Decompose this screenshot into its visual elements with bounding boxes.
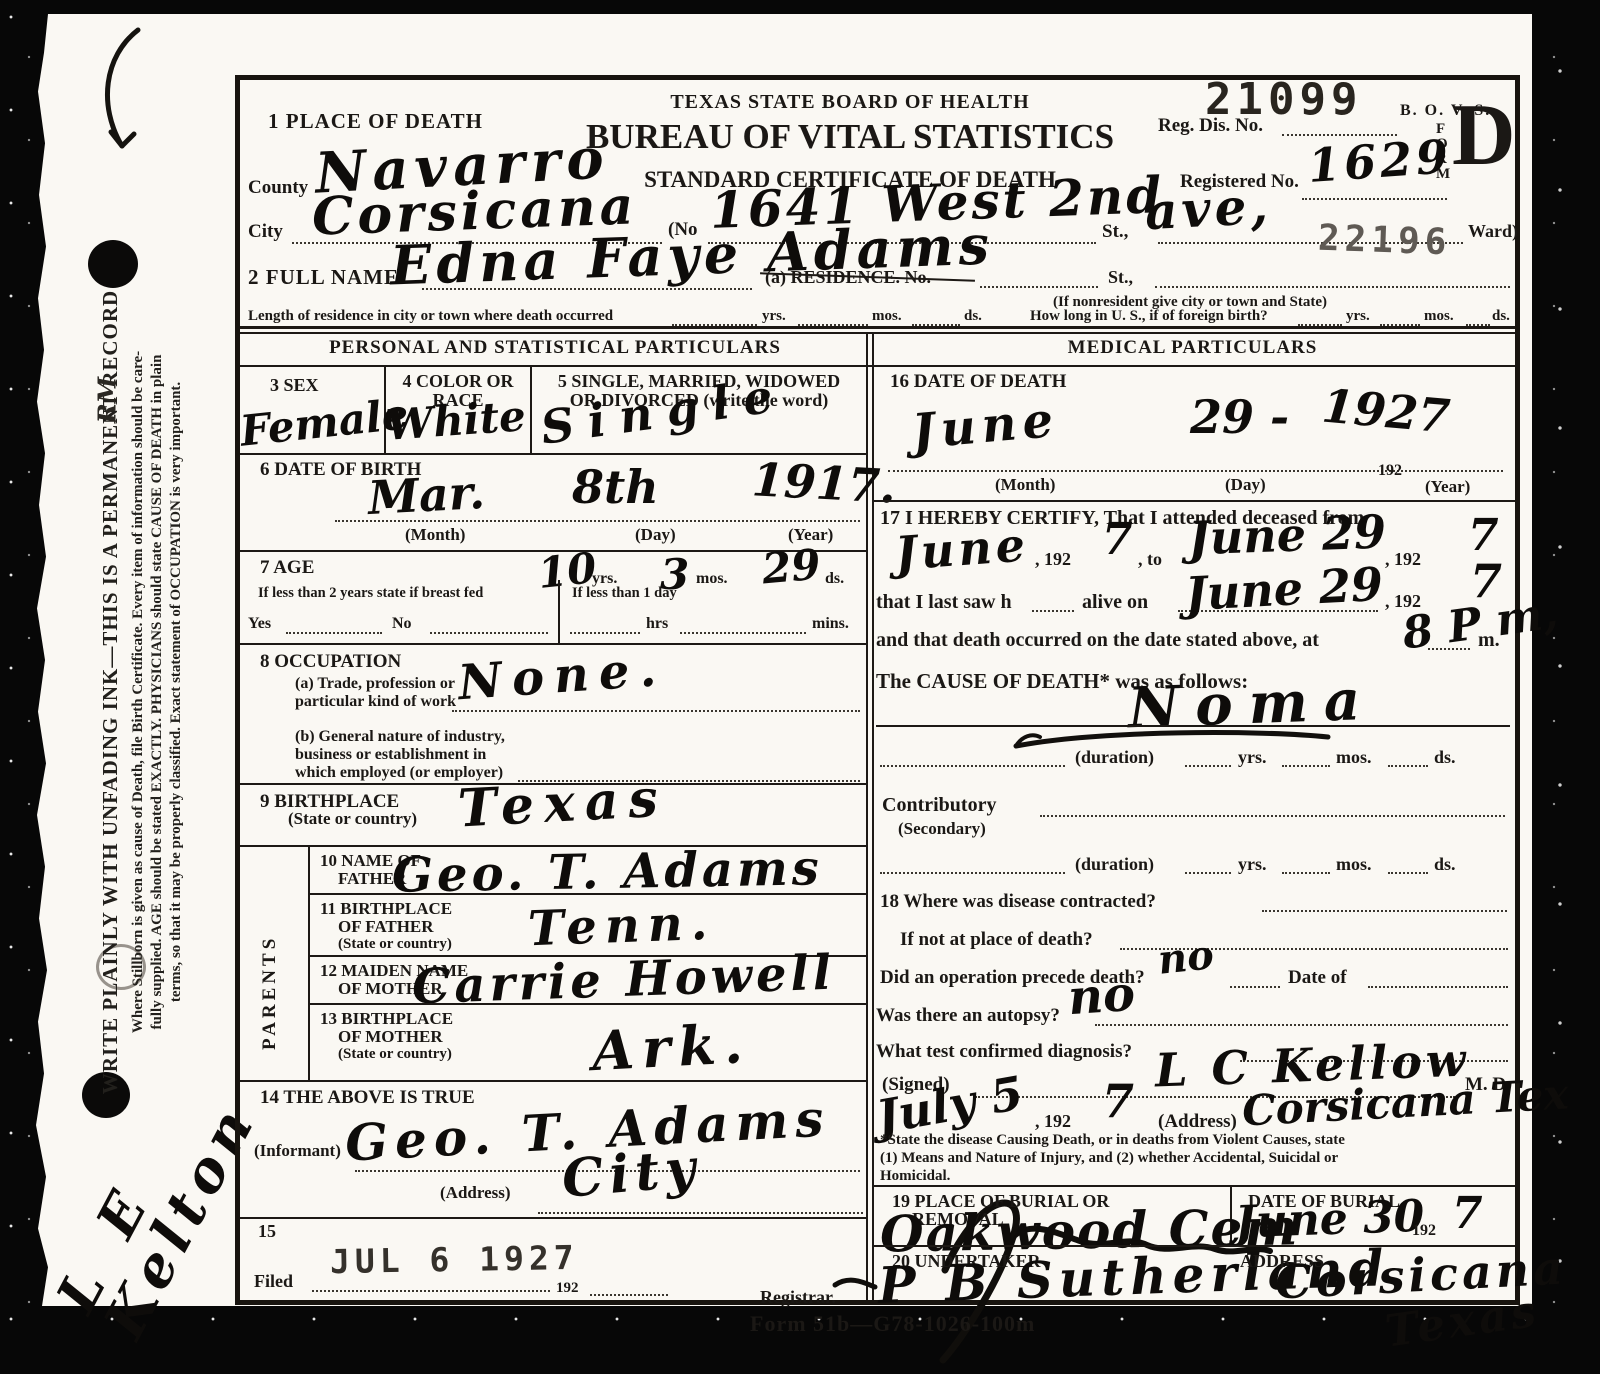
dotted-line	[880, 765, 1065, 767]
dotted-line	[422, 288, 752, 290]
parents-label: PARENTS	[260, 880, 281, 1050]
signed-year-print: , 192	[1035, 1112, 1071, 1131]
duration-caption: (duration)	[1075, 748, 1154, 767]
registered-no-value: 1629	[1307, 133, 1454, 189]
secondary-caption: (Secondary)	[898, 820, 986, 838]
dotted-line	[680, 632, 806, 634]
death-month-value: June	[910, 396, 1061, 457]
operation-value: no	[1156, 935, 1216, 981]
contributory-label: Contributory	[882, 795, 996, 817]
dotted-line	[1095, 1024, 1508, 1026]
burial-date-value: June 30	[1234, 1195, 1425, 1246]
death-year-caption: (Year)	[1425, 478, 1470, 496]
margin-annotation-rm: RM	[95, 377, 119, 424]
dotted-line	[430, 632, 548, 634]
father-birthplace-value: Tenn.	[527, 899, 716, 954]
personal-section-title: PERSONAL AND STATISTICAL PARTICULARS	[255, 338, 855, 359]
dotted-line	[1388, 872, 1428, 874]
reg-dis-no-label: Reg. Dis. No.	[1158, 116, 1263, 137]
dotted-line	[1282, 872, 1330, 874]
autopsy-value: no	[1066, 970, 1136, 1023]
disease-contracted-label: 18 Where was disease contracted?	[880, 892, 1156, 913]
filed-year-print: 192	[556, 1280, 579, 1296]
dotted-line	[452, 710, 860, 712]
dotted-line	[312, 1290, 550, 1292]
row-line	[308, 1003, 866, 1005]
to-label: , to	[1138, 550, 1162, 569]
birthplace-value: Texas	[457, 773, 669, 836]
father-birthplace-label-1: 11 BIRTHPLACE	[320, 900, 452, 918]
cell-divider	[530, 365, 532, 453]
scanned-document-page: WRITE PLAINLY WITH UNFADING INK—THIS IS …	[0, 0, 1600, 1374]
mother-birthplace-value: Ark.	[591, 1016, 752, 1078]
informant-address-value: City	[560, 1142, 703, 1206]
dotted-line	[1185, 872, 1231, 874]
dotted-line	[1302, 198, 1447, 200]
date-of-label: Date of	[1288, 968, 1347, 989]
dob-month-value: Mar.	[367, 469, 486, 521]
alive-on-label: alive on	[1082, 592, 1148, 614]
occupation-b-label-2: business or establishment in	[295, 746, 486, 763]
dotted-line	[1368, 986, 1508, 988]
signed-year-value: 7	[1102, 1078, 1134, 1124]
length-residence-label: Length of residence in city or town wher…	[248, 308, 613, 324]
row-line	[308, 893, 866, 895]
certificate-form: 1 PLACE OF DEATH TEXAS STATE BOARD OF HE…	[235, 75, 1520, 1305]
row-line	[240, 1217, 866, 1219]
death-time-value: 8 P m,	[1400, 591, 1561, 656]
death-year-print: 192	[1378, 462, 1402, 479]
dotted-line	[888, 470, 1503, 472]
death-day-value: 29 -	[1190, 394, 1289, 440]
from-year-print: , 192	[1035, 550, 1071, 569]
mos-label: mos.	[1424, 308, 1454, 324]
last-saw-value: June 29	[1184, 561, 1384, 617]
registrar-label: Registrar.	[760, 1288, 836, 1307]
age-cell-divider	[558, 580, 560, 643]
mother-name-value: Carrie Howell	[411, 949, 835, 1012]
margin-rule-line-1: WRITE PLAINLY WITH UNFADING INK—THIS IS …	[98, 102, 123, 1282]
row-line	[872, 1185, 1515, 1187]
row-line	[876, 725, 1510, 727]
date-of-death-label: 16 DATE OF DEATH	[890, 372, 1066, 393]
to-year-value: 7	[1468, 514, 1499, 558]
duration2-ds-label: ds.	[1434, 855, 1456, 874]
footnote-line-2: (1) Means and Nature of Injury, and (2) …	[880, 1150, 1338, 1166]
signed-address-caption: (Address)	[1158, 1112, 1237, 1133]
margin-rule-line-2: Where Stillborn is given as cause of Dea…	[129, 102, 148, 1282]
occupation-label: 8 OCCUPATION	[260, 652, 401, 673]
duration-ds-label: ds.	[1434, 748, 1456, 767]
last-saw-label: that I last saw h	[876, 592, 1012, 614]
street-label: St.,	[1102, 222, 1128, 243]
age-mos-label: mos.	[696, 570, 728, 587]
ds-label: ds.	[964, 308, 982, 324]
to-year-print: , 192	[1385, 550, 1421, 569]
duration2-yrs-label: yrs.	[1238, 855, 1267, 874]
father-name-value: Geo. T. Adams	[392, 844, 824, 900]
dotted-line	[1032, 610, 1074, 612]
ward-label: Ward)	[1468, 222, 1518, 241]
color-value: White	[385, 395, 527, 447]
filed-date-stamp: JUL 6 1927	[330, 1238, 579, 1281]
from-year-value: 7	[1102, 518, 1133, 562]
occupation-value: None.	[457, 645, 668, 707]
mother-birthplace-caption: (State or country)	[338, 1046, 452, 1062]
mother-birthplace-label-2: OF MOTHER	[338, 1028, 443, 1046]
occupation-a-label-1: (a) Trade, profession or	[295, 675, 455, 692]
death-occurred-label: and that death occurred on the date stat…	[876, 630, 1319, 652]
sex-label: 3 SEX	[270, 376, 319, 395]
row-line	[240, 643, 866, 645]
duration2-mos-label: mos.	[1336, 855, 1372, 874]
occupation-a-label-2: particular kind of work	[295, 693, 456, 710]
section-rule	[240, 365, 1515, 367]
father-birthplace-label-2: OF FATHER	[338, 918, 434, 936]
dotted-line	[1155, 286, 1510, 288]
ds-label: ds.	[1492, 308, 1510, 324]
informant-address-caption: (Address)	[440, 1184, 511, 1202]
test-confirmed-label: What test confirmed diagnosis?	[876, 1042, 1132, 1063]
mother-birthplace-label-1: 13 BIRTHPLACE	[320, 1010, 453, 1028]
burial-year-value: 7	[1452, 1192, 1483, 1236]
breastfed-label: If less than 2 years state if breast fed	[258, 586, 483, 602]
age-days-value: 29	[760, 544, 822, 591]
yrs-label: yrs.	[1346, 308, 1370, 324]
avenue-value: ave,	[1144, 181, 1273, 238]
attended-from-value: June	[894, 521, 1031, 576]
dotted-line	[1040, 815, 1505, 817]
dotted-line	[980, 286, 1098, 288]
board-title: TEXAS STATE BOARD OF HEALTH	[570, 92, 1130, 114]
dotted-line	[335, 520, 860, 522]
form-number: Form 51b—G78-1026-100m	[750, 1312, 1035, 1336]
dotted-line	[590, 1294, 668, 1296]
dotted-line	[1388, 765, 1428, 767]
county-label: County	[248, 178, 308, 199]
less-than-day-label: If less than 1 day	[572, 586, 677, 602]
dotted-line	[570, 632, 640, 634]
day-caption: (Day)	[635, 526, 676, 544]
age-label: 7 AGE	[260, 558, 314, 579]
how-long-label: How long in U. S., if of foreign birth?	[1030, 308, 1268, 324]
if-not-place-label: If not at place of death?	[900, 930, 1093, 951]
yes-label: Yes	[248, 615, 271, 632]
duration-yrs-label: yrs.	[1238, 748, 1267, 767]
age-ds-label: ds.	[825, 570, 844, 587]
footnote-line-3: Homicidal.	[880, 1168, 950, 1184]
form-letter-d: D	[1452, 88, 1516, 183]
dotted-line	[880, 872, 1065, 874]
dob-day-value: 8th	[572, 464, 659, 510]
city-label: City	[248, 222, 283, 243]
yrs-label: yrs.	[762, 308, 786, 324]
death-day-caption: (Day)	[1225, 476, 1266, 494]
parents-divider	[308, 845, 310, 1080]
bureau-title: BUREAU OF VITAL STATISTICS	[540, 118, 1160, 156]
burial-year-print: 192	[1412, 1222, 1436, 1239]
occupation-b-label-1: (b) General nature of industry,	[295, 728, 505, 745]
item-15-label: 15	[258, 1222, 276, 1241]
hrs-label: hrs	[646, 615, 668, 632]
mos-label: mos.	[872, 308, 902, 324]
residence-street-label: St.,	[1108, 268, 1133, 287]
dotted-line	[1262, 910, 1507, 912]
section-rule	[240, 326, 1515, 329]
month-caption: (Month)	[405, 526, 465, 544]
above-true-label: 14 THE ABOVE IS TRUE	[260, 1088, 475, 1109]
row-line	[240, 1080, 866, 1082]
autopsy-label: Was there an autopsy?	[876, 1006, 1060, 1027]
ward-number-stamp: 22196	[1317, 218, 1452, 264]
dotted-line	[1230, 986, 1280, 988]
duration2-caption: (duration)	[1075, 855, 1154, 874]
section-rule	[240, 332, 1515, 334]
duration-mos-label: mos.	[1336, 748, 1372, 767]
row-line	[872, 500, 1515, 502]
color-race-label-1: 4 COLOR OR	[388, 372, 528, 391]
dotted-line	[286, 632, 382, 634]
cause-underline-flourish	[1010, 728, 1340, 750]
father-birthplace-caption: (State or country)	[338, 936, 452, 952]
filed-label: Filed	[254, 1272, 293, 1291]
dotted-line	[1185, 765, 1231, 767]
death-year-value: 1927	[1320, 383, 1452, 440]
death-month-caption: (Month)	[995, 476, 1055, 494]
dotted-line	[1282, 765, 1330, 767]
mins-label: mins.	[812, 615, 849, 632]
no-label: No	[392, 615, 412, 632]
attended-to-value: June 29	[1187, 509, 1386, 562]
informant-caption: (Informant)	[254, 1142, 341, 1160]
full-name-label: 2 FULL NAME	[248, 266, 399, 289]
footnote-line-1: *State the disease Causing Death, or in …	[880, 1132, 1345, 1148]
medical-section-title: MEDICAL PARTICULARS	[885, 338, 1500, 359]
birthplace-caption: (State or country)	[288, 810, 417, 828]
place-of-death-label: 1 PLACE OF DEATH	[268, 110, 483, 133]
